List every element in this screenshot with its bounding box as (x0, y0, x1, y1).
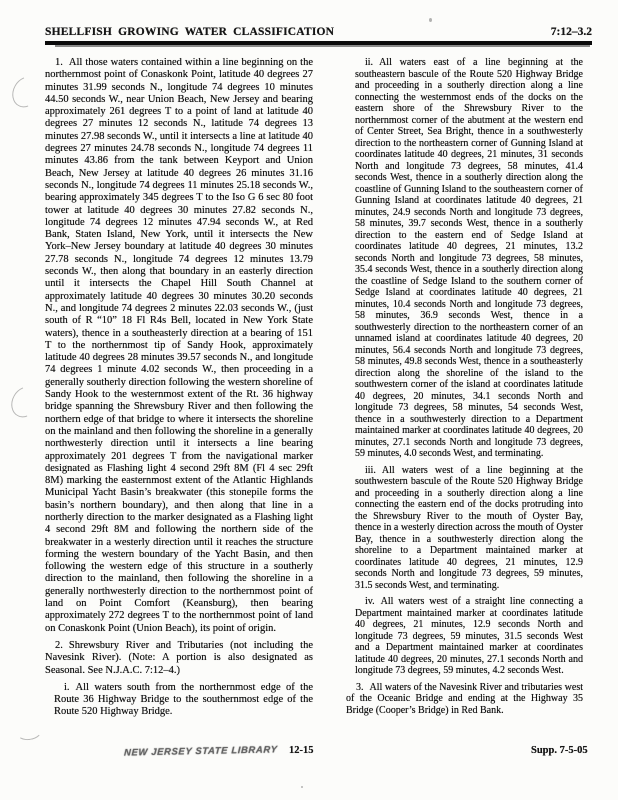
page-number: 12-15 (289, 745, 314, 756)
page-footer: NEW JERSEY STATE LIBRARY 12-15 Supp. 7-5… (0, 745, 618, 765)
pen-mark-icon (7, 72, 45, 112)
page: SHELLFISH GROWING WATER CLASSIFICATION 7… (0, 0, 618, 800)
paragraph-text: All waters west of a line beginning at t… (355, 465, 583, 591)
paragraph-text: Shrewsbury River and Tributaries (not in… (45, 640, 313, 676)
document-body: 1.All those waters contained within a li… (45, 57, 583, 719)
paragraph-text: All waters west of a straight line conne… (355, 596, 583, 676)
paragraph-2: 2.Shrewsbury River and Tributaries (not … (45, 640, 313, 677)
paragraph-number: 1. (55, 57, 69, 68)
page-header: SHELLFISH GROWING WATER CLASSIFICATION 7… (45, 26, 592, 45)
paragraph-text: All those waters contained within a line… (45, 57, 313, 634)
paragraph-number: iii. (365, 465, 382, 476)
supplement-date: Supp. 7-5-05 (531, 745, 588, 756)
paragraph-number: ii. (365, 57, 379, 68)
library-stamp: NEW JERSEY STATE LIBRARY (124, 744, 278, 758)
pen-mark-icon (15, 720, 43, 741)
paragraph-text: All waters south from the northernmost e… (54, 682, 313, 718)
paragraph-3: 3.All waters of the Navesink River and t… (346, 682, 583, 717)
right-column: ii.All waters east of a line beginning a… (346, 57, 583, 719)
scan-speck (429, 18, 432, 22)
paragraph-number: 2. (55, 640, 69, 651)
document-title: SHELLFISH GROWING WATER CLASSIFICATION (45, 26, 334, 38)
paragraph-1: 1.All those waters contained within a li… (45, 57, 313, 635)
paragraph-number: i. (64, 682, 76, 693)
paragraph-number: iv. (365, 596, 381, 607)
paragraph-text: All waters east of a line beginning at t… (355, 57, 583, 459)
scan-speck (301, 786, 303, 788)
paragraph-2-iv: iv.All waters west of a straight line co… (346, 596, 583, 677)
paragraph-2-i: i.All waters south from the northernmost… (45, 682, 313, 719)
paragraph-number: 3. (356, 682, 370, 693)
section-number: 7:12–3.2 (551, 26, 592, 38)
pen-mark-icon (6, 382, 44, 422)
paragraph-2-ii: ii.All waters east of a line beginning a… (346, 57, 583, 460)
paragraph-2-iii: iii.All waters west of a line beginning … (346, 465, 583, 592)
paragraph-text: All waters of the Navesink River and tri… (346, 682, 583, 716)
left-column: 1.All those waters contained within a li… (45, 57, 313, 719)
